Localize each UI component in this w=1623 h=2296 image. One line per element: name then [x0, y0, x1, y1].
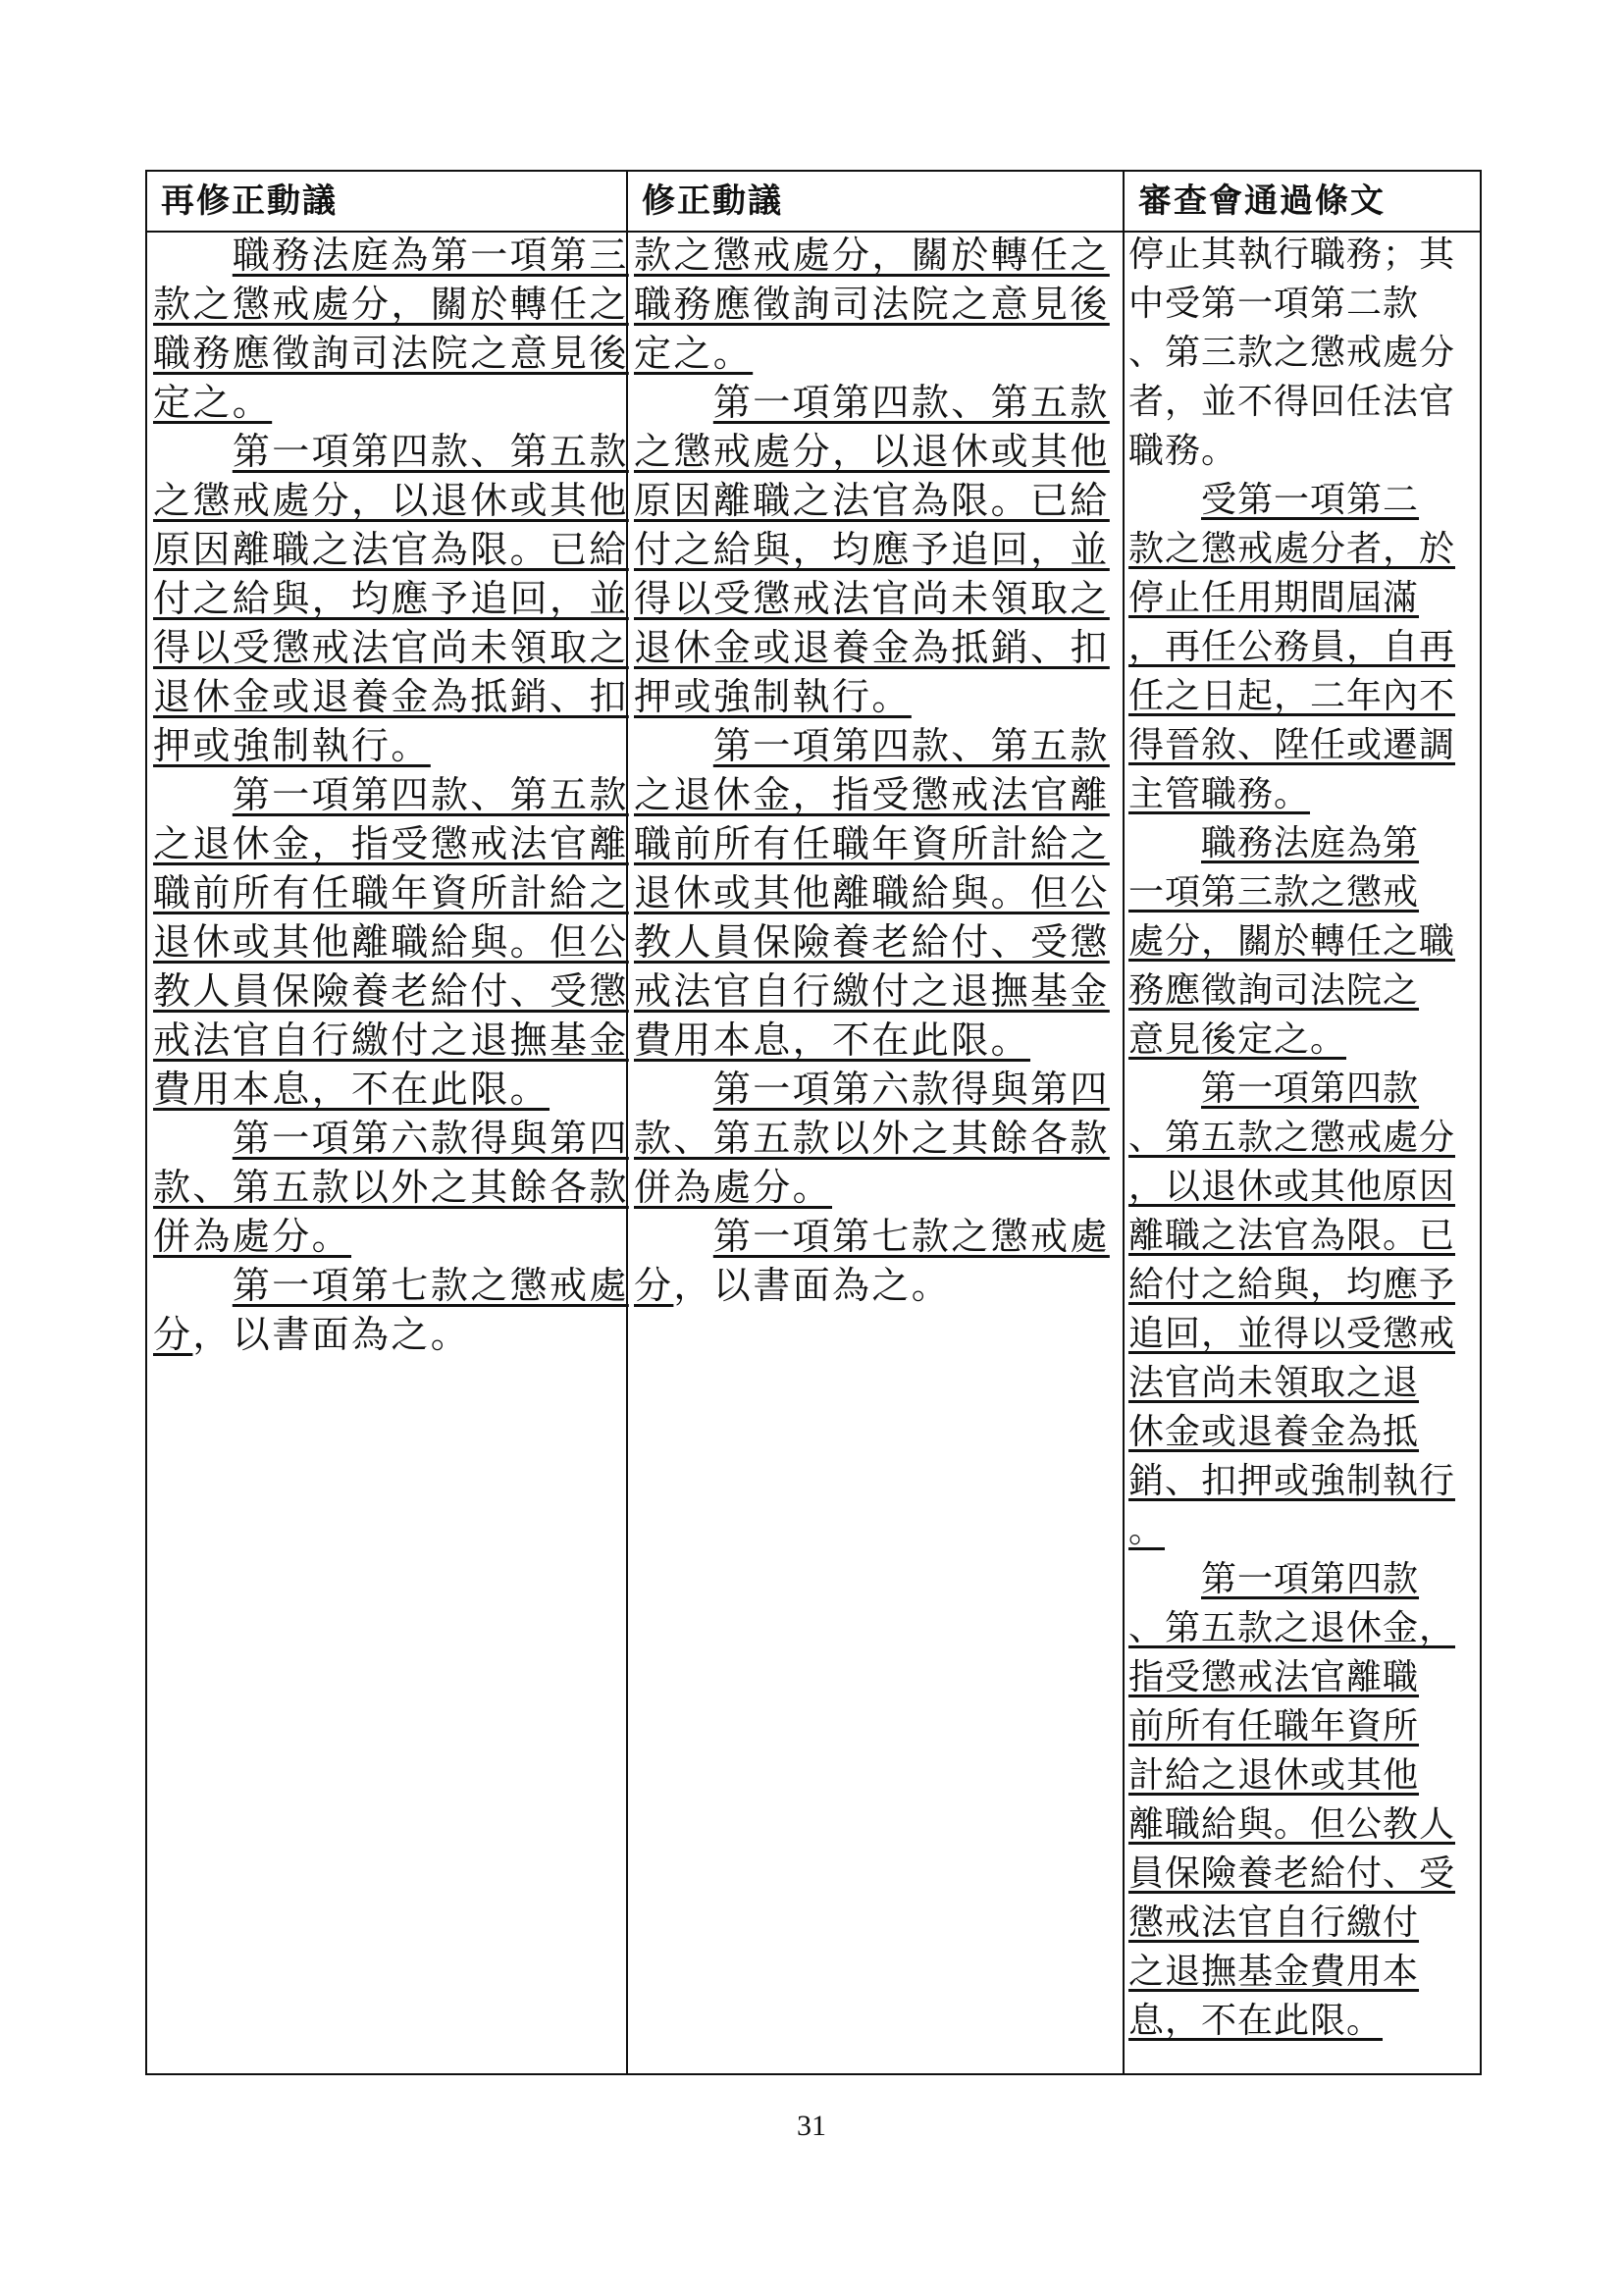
text-line: 第一項第六款得與第四	[153, 1116, 622, 1165]
text-line: 押或強制執行。	[634, 674, 1119, 723]
underlined-text: 定之。	[153, 381, 272, 424]
text-line: 款之懲戒處分者，於	[1128, 527, 1478, 576]
plain-text: 職務。	[1128, 431, 1237, 471]
underlined-text: 離職給與。但公教人	[1128, 1804, 1455, 1845]
underlined-text: 第一項第六款得與第四	[233, 1117, 629, 1160]
underlined-text: 職務應徵詢司法院之意見後	[153, 332, 629, 375]
text-line: 員保險養老給付、受	[1128, 1852, 1478, 1901]
text-line: 得晉敘、陞任或遷調	[1128, 723, 1478, 772]
text-line: 之懲戒處分，以退休或其他	[153, 478, 622, 527]
comparison-table: 再修正動議 修正動議 審查會通過條文 職務法庭為第一項第三款之懲戒處分，關於轉任…	[145, 170, 1482, 2075]
underlined-text: 付之給與，均應予追回，並	[153, 577, 629, 620]
text-line: 主管職務。	[1128, 772, 1478, 821]
underlined-text: 得以受懲戒法官尚未領取之	[153, 626, 629, 669]
underlined-text: 受第一項第二	[1201, 480, 1419, 520]
underlined-text: 處分，關於轉任之職	[1128, 921, 1455, 962]
text-line: 、第三款之懲戒處分	[1128, 331, 1478, 380]
text-line: 任之日起，二年內不	[1128, 674, 1478, 723]
page-number: 31	[0, 2110, 1623, 2143]
underlined-text: 、第五款之退休金，	[1128, 1608, 1455, 1648]
text-line: 戒法官自行繳付之退撫基金	[634, 968, 1119, 1018]
underlined-text: 。	[1128, 1510, 1165, 1550]
text-line: 職務。	[1128, 429, 1478, 478]
underlined-text: 之退休金，指受懲戒法官離	[634, 773, 1110, 816]
header-revised-motion: 修正動議	[642, 172, 783, 231]
text-line: 意見後定之。	[1128, 1018, 1478, 1067]
text-line: 第一項第四款、第五款	[153, 772, 622, 821]
underlined-text: 員保險養老給付、受	[1128, 1853, 1455, 1894]
underlined-text: 意見後定之。	[1128, 1019, 1346, 1060]
underlined-text: 第一項第六款得與第四	[713, 1068, 1110, 1111]
underlined-text: 之退撫基金費用本	[1128, 1952, 1419, 1992]
underlined-text: 追回，並得以受懲戒	[1128, 1314, 1455, 1354]
text-line: 處分，關於轉任之職	[1128, 919, 1478, 968]
plain-text	[1128, 480, 1201, 520]
text-line: 之退撫基金費用本	[1128, 1950, 1478, 1999]
underlined-text: 第一項第四款、第五款	[713, 724, 1110, 767]
underlined-text: 職務法庭為第	[1201, 823, 1419, 863]
underlined-text: 款之懲戒處分，關於轉任之	[634, 234, 1110, 277]
plain-text	[1128, 823, 1201, 863]
underlined-text: 戒法官自行繳付之退撫基金	[634, 969, 1110, 1013]
text-line: 指受懲戒法官離職	[1128, 1655, 1478, 1704]
underlined-text: 教人員保險養老給付、受懲	[634, 920, 1110, 964]
text-line: 退休金或退養金為抵銷、扣	[634, 625, 1119, 674]
underlined-text: ，再任公務員，自再	[1128, 627, 1455, 667]
underlined-text: 退休或其他離職給與。但公	[634, 871, 1110, 914]
underlined-text: 原因離職之法官為限。已給	[634, 479, 1110, 522]
text-line: 職務法庭為第一項第三	[153, 233, 622, 282]
underlined-text: 款之懲戒處分，關於轉任之	[153, 283, 629, 326]
underlined-text: 戒法官自行繳付之退撫基金	[153, 1018, 629, 1062]
text-line: 第一項第四款	[1128, 1067, 1478, 1116]
underlined-text: 得晉敘、陞任或遷調	[1128, 725, 1455, 765]
plain-text	[634, 724, 713, 767]
underlined-text: 第一項第四款、第五款	[233, 773, 629, 816]
text-line: 原因離職之法官為限。已給	[634, 478, 1119, 527]
text-line: 追回，並得以受懲戒	[1128, 1312, 1478, 1361]
text-line: 得以受懲戒法官尚未領取之	[153, 625, 622, 674]
text-line: 得以受懲戒法官尚未領取之	[634, 576, 1119, 625]
text-line: 給付之給與，均應予	[1128, 1263, 1478, 1312]
plain-text	[1128, 1559, 1201, 1599]
text-line: 、第五款之退休金，	[1128, 1606, 1478, 1655]
underlined-text: 第一項第七款之懲戒處	[233, 1264, 629, 1307]
text-line: 之退休金，指受懲戒法官離	[153, 821, 622, 870]
underlined-text: 指受懲戒法官離職	[1128, 1657, 1419, 1697]
underlined-text: 前所有任職年資所	[1128, 1706, 1419, 1747]
text-line: 付之給與，均應予追回，並	[634, 527, 1119, 576]
underlined-text: 一項第三款之懲戒	[1128, 872, 1419, 913]
underlined-text: 第一項第四款	[1201, 1559, 1419, 1599]
text-line: 退休或其他離職給與。但公	[153, 919, 622, 968]
underlined-text: 併為處分。	[634, 1166, 832, 1209]
plain-text	[1128, 1069, 1201, 1109]
text-line: 。	[1128, 1508, 1478, 1557]
underlined-text: 分	[634, 1264, 673, 1307]
text-line: 款之懲戒處分，關於轉任之	[634, 233, 1119, 282]
underlined-text: 法官尚未領取之退	[1128, 1363, 1419, 1403]
underlined-text: 懲戒法官自行繳付	[1128, 1903, 1419, 1943]
text-line: 併為處分。	[634, 1165, 1119, 1214]
text-line: 第一項第四款、第五款	[634, 380, 1119, 429]
text-line: 計給之退休或其他	[1128, 1753, 1478, 1802]
underlined-text: 付之給與，均應予追回，並	[634, 528, 1110, 571]
text-line: 離職之法官為限。已	[1128, 1214, 1478, 1263]
underlined-text: 款、第五款以外之其餘各款	[634, 1117, 1110, 1160]
text-line: 職務應徵詢司法院之意見後	[634, 282, 1119, 331]
text-line: 前所有任職年資所	[1128, 1704, 1478, 1753]
underlined-text: 教人員保險養老給付、受懲	[153, 969, 629, 1013]
plain-text	[153, 430, 233, 473]
text-line: 押或強制執行。	[153, 723, 622, 772]
text-line: 付之給與，均應予追回，並	[153, 576, 622, 625]
text-line: 、第五款之懲戒處分	[1128, 1116, 1478, 1165]
underlined-text: 務應徵詢司法院之	[1128, 970, 1419, 1011]
text-line: 者，並不得回任法官	[1128, 380, 1478, 429]
underlined-text: 定之。	[634, 332, 753, 375]
text-line: 退休或其他離職給與。但公	[634, 870, 1119, 919]
text-line: 法官尚未領取之退	[1128, 1361, 1478, 1410]
plain-text: 者，並不得回任法官	[1128, 382, 1455, 422]
text-line: 定之。	[153, 380, 622, 429]
text-line: ，再任公務員，自再	[1128, 625, 1478, 674]
text-line: 一項第三款之懲戒	[1128, 870, 1478, 919]
underlined-text: 之懲戒處分，以退休或其他	[153, 479, 629, 522]
plain-text: ，以書面為之。	[192, 1313, 470, 1356]
text-line: 併為處分。	[153, 1214, 622, 1263]
underlined-text: 原因離職之法官為限。已給	[153, 528, 629, 571]
underlined-text: 職務應徵詢司法院之意見後	[634, 283, 1110, 326]
underlined-text: 押或強制執行。	[634, 675, 912, 718]
text-line: 之退休金，指受懲戒法官離	[634, 772, 1119, 821]
plain-text: ，以書面為之。	[673, 1264, 951, 1307]
column-revised-motion: 款之懲戒處分，關於轉任之職務應徵詢司法院之意見後定之。 第一項第四款、第五款之懲…	[634, 233, 1119, 1312]
underlined-text: 第一項第四款	[1201, 1069, 1419, 1109]
plain-text: 中受第一項第二款	[1128, 284, 1419, 324]
text-line: 定之。	[634, 331, 1119, 380]
text-line: 分，以書面為之。	[153, 1312, 622, 1361]
underlined-text: 任之日起，二年內不	[1128, 676, 1455, 716]
text-line: 第一項第七款之懲戒處	[153, 1263, 622, 1312]
underlined-text: 併為處分。	[153, 1215, 351, 1258]
underlined-text: 職前所有任職年資所計給之	[634, 822, 1110, 865]
underlined-text: 分	[153, 1313, 192, 1356]
plain-text	[153, 234, 233, 277]
text-line: 離職給與。但公教人	[1128, 1802, 1478, 1852]
underlined-text: 款、第五款以外之其餘各款	[153, 1166, 629, 1209]
underlined-text: 息，不在此限。	[1128, 2001, 1383, 2041]
underlined-text: 給付之給與，均應予	[1128, 1265, 1455, 1305]
underlined-text: 第一項第四款、第五款	[233, 430, 629, 473]
text-line: ，以退休或其他原因	[1128, 1165, 1478, 1214]
text-line: 戒法官自行繳付之退撫基金	[153, 1018, 622, 1067]
underlined-text: 停止任用期間屆滿	[1128, 578, 1419, 618]
text-line: 費用本息，不在此限。	[634, 1018, 1119, 1067]
text-line: 職務法庭為第	[1128, 821, 1478, 870]
text-line: 第一項第四款、第五款	[634, 723, 1119, 772]
plain-text	[153, 1264, 233, 1307]
underlined-text: 職前所有任職年資所計給之	[153, 871, 629, 914]
underlined-text: 計給之退休或其他	[1128, 1755, 1419, 1796]
underlined-text: ，以退休或其他原因	[1128, 1167, 1455, 1207]
plain-text	[634, 1215, 713, 1258]
text-line: 職前所有任職年資所計給之	[634, 821, 1119, 870]
text-line: 懲戒法官自行繳付	[1128, 1901, 1478, 1950]
text-line: 退休金或退養金為抵銷、扣	[153, 674, 622, 723]
plain-text	[634, 381, 713, 424]
underlined-text: 之退休金，指受懲戒法官離	[153, 822, 629, 865]
underlined-text: 之懲戒處分，以退休或其他	[634, 430, 1110, 473]
underlined-text: 銷、扣押或強制執行	[1128, 1461, 1455, 1501]
underlined-text: 費用本息，不在此限。	[634, 1018, 1030, 1062]
text-line: 分，以書面為之。	[634, 1263, 1119, 1312]
text-line: 教人員保險養老給付、受懲	[634, 919, 1119, 968]
text-line: 中受第一項第二款	[1128, 282, 1478, 331]
text-line: 之懲戒處分，以退休或其他	[634, 429, 1119, 478]
text-line: 第一項第四款	[1128, 1557, 1478, 1606]
text-line: 銷、扣押或強制執行	[1128, 1459, 1478, 1508]
plain-text: 、第三款之懲戒處分	[1128, 333, 1455, 373]
underlined-text: 職務法庭為第一項第三	[233, 234, 629, 277]
text-line: 職前所有任職年資所計給之	[153, 870, 622, 919]
underlined-text: 、第五款之懲戒處分	[1128, 1118, 1455, 1158]
table-header-row: 再修正動議 修正動議 審查會通過條文	[147, 172, 1480, 233]
underlined-text: 退休金或退養金為抵銷、扣	[153, 675, 629, 718]
underlined-text: 得以受懲戒法官尚未領取之	[634, 577, 1110, 620]
text-line: 息，不在此限。	[1128, 1999, 1478, 2048]
text-line: 第一項第四款、第五款	[153, 429, 622, 478]
text-line: 停止其執行職務；其	[1128, 233, 1478, 282]
text-line: 費用本息，不在此限。	[153, 1067, 622, 1116]
text-line: 款、第五款以外之其餘各款	[634, 1116, 1119, 1165]
text-line: 原因離職之法官為限。已給	[153, 527, 622, 576]
text-line: 款、第五款以外之其餘各款	[153, 1165, 622, 1214]
underlined-text: 款之懲戒處分者，於	[1128, 529, 1455, 569]
text-line: 職務應徵詢司法院之意見後	[153, 331, 622, 380]
header-revised-again-motion: 再修正動議	[161, 172, 338, 231]
text-line: 第一項第七款之懲戒處	[634, 1214, 1119, 1263]
column-divider	[1123, 172, 1125, 2073]
plain-text	[634, 1068, 713, 1111]
underlined-text: 費用本息，不在此限。	[153, 1068, 550, 1111]
plain-text: 停止其執行職務；其	[1128, 235, 1455, 275]
underlined-text: 押或強制執行。	[153, 724, 431, 767]
underlined-text: 第一項第四款、第五款	[713, 381, 1110, 424]
underlined-text: 休金或退養金為抵	[1128, 1412, 1419, 1452]
text-line: 停止任用期間屆滿	[1128, 576, 1478, 625]
text-line: 休金或退養金為抵	[1128, 1410, 1478, 1459]
column-committee-passed-text: 停止其執行職務；其中受第一項第二款、第三款之懲戒處分者，並不得回任法官職務。 受…	[1128, 233, 1478, 2048]
text-line: 款之懲戒處分，關於轉任之	[153, 282, 622, 331]
text-line: 教人員保險養老給付、受懲	[153, 968, 622, 1018]
header-committee-passed-text: 審查會通過條文	[1138, 172, 1386, 231]
column-revised-again-motion: 職務法庭為第一項第三款之懲戒處分，關於轉任之職務應徵詢司法院之意見後定之。 第一…	[153, 233, 622, 1361]
underlined-text: 退休金或退養金為抵銷、扣	[634, 626, 1110, 669]
plain-text	[153, 1117, 233, 1160]
text-line: 務應徵詢司法院之	[1128, 968, 1478, 1018]
text-line: 受第一項第二	[1128, 478, 1478, 527]
underlined-text: 離職之法官為限。已	[1128, 1216, 1455, 1256]
underlined-text: 退休或其他離職給與。但公	[153, 920, 629, 964]
underlined-text: 第一項第七款之懲戒處	[713, 1215, 1110, 1258]
text-line: 第一項第六款得與第四	[634, 1067, 1119, 1116]
underlined-text: 主管職務。	[1128, 774, 1310, 814]
plain-text	[153, 773, 233, 816]
